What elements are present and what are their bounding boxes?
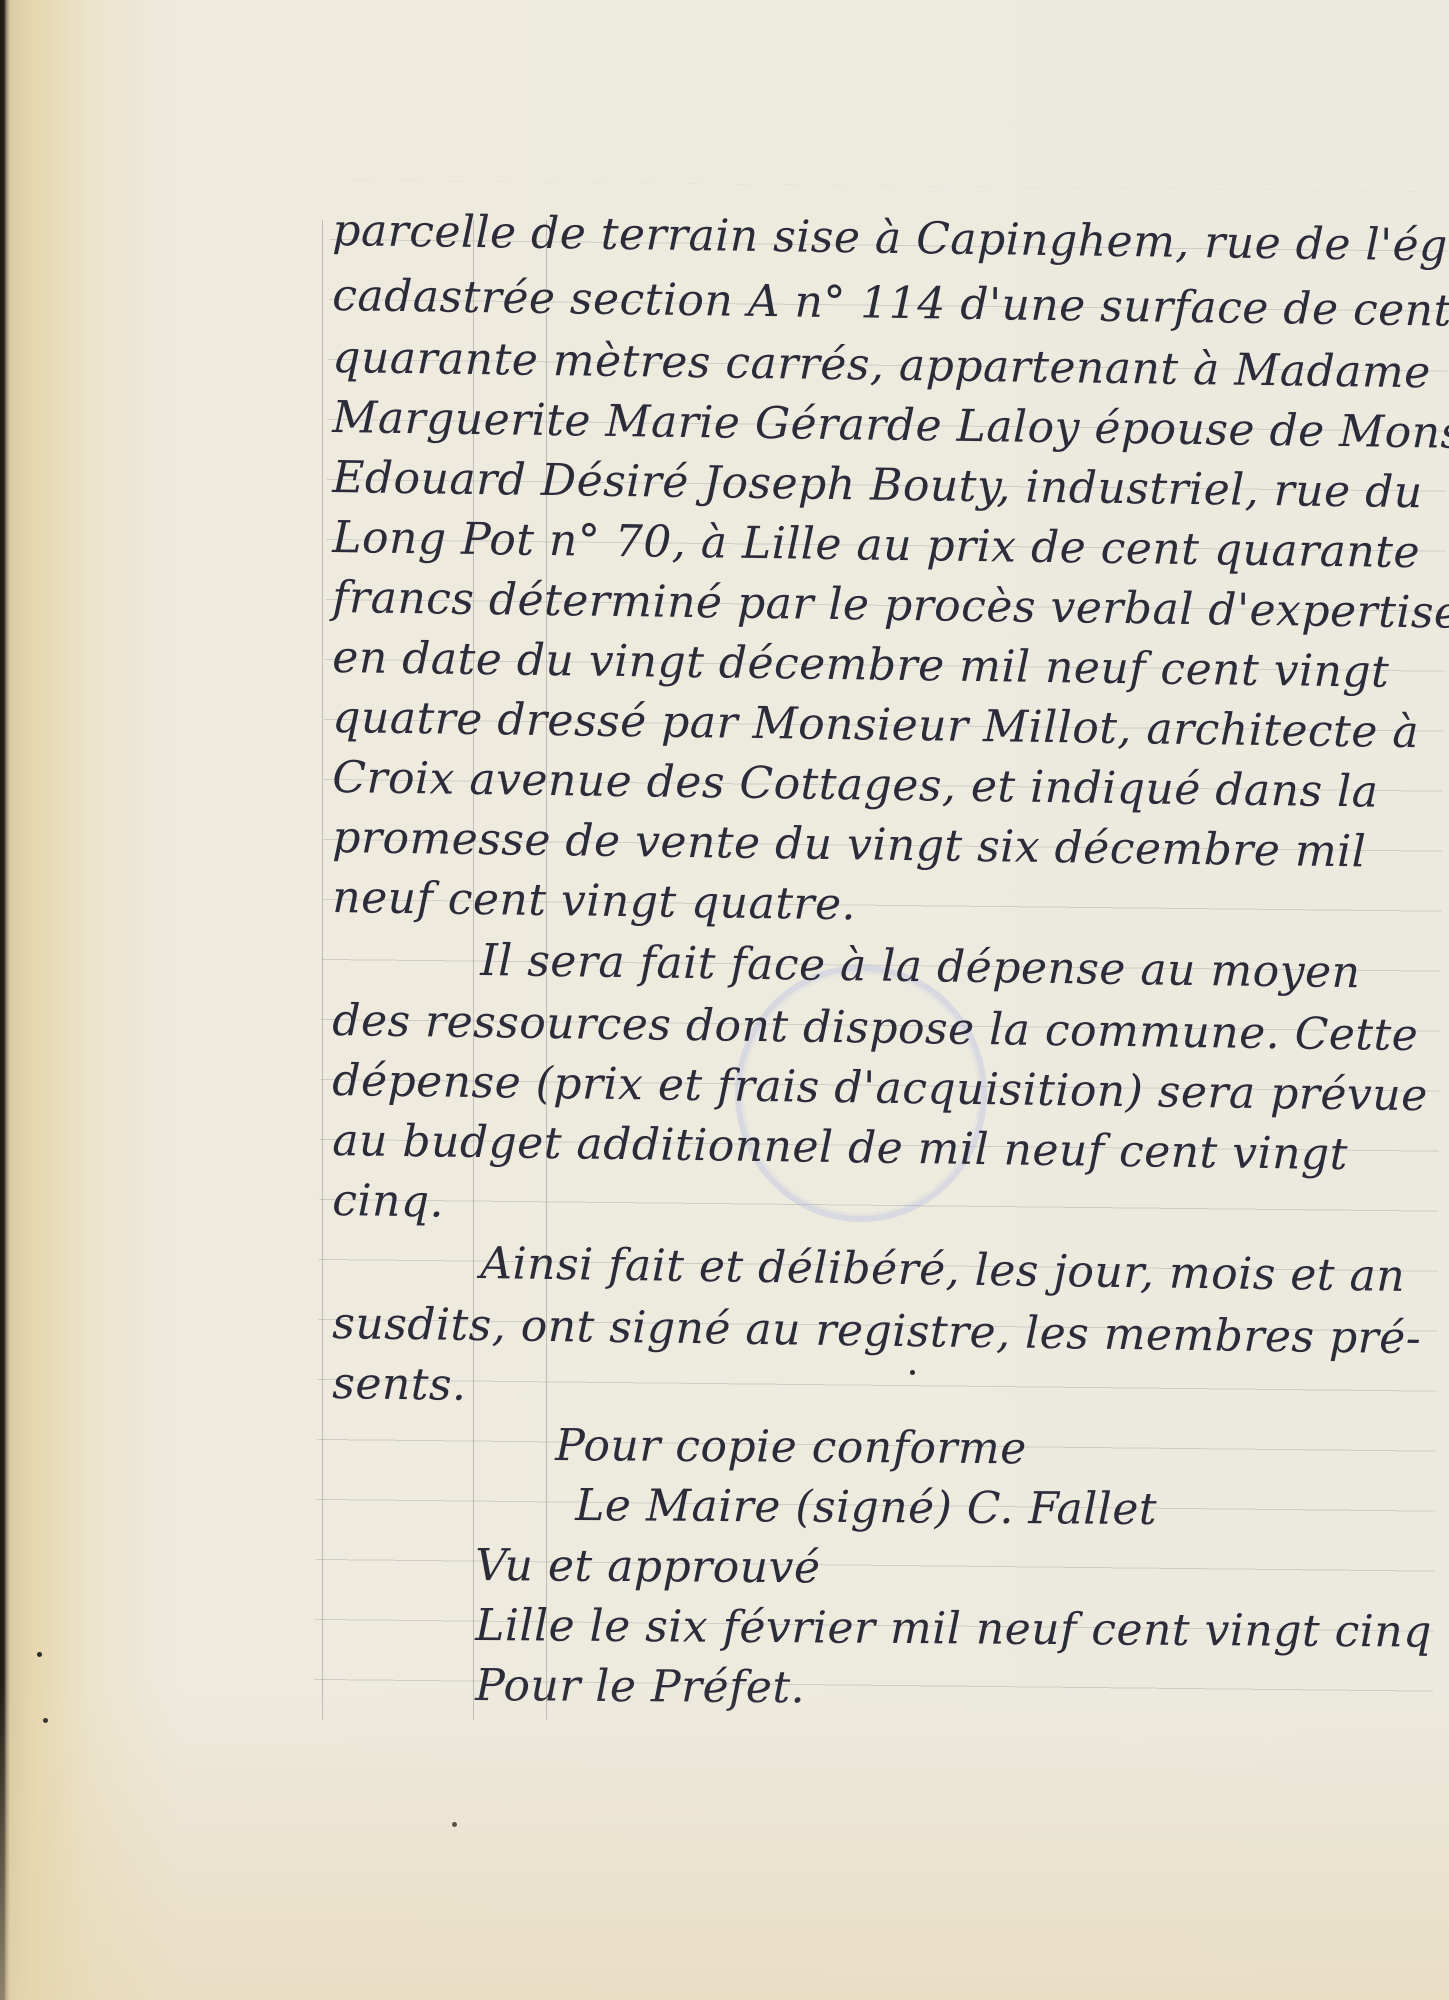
- mayor-signature-line: Le Maire (signé) C. Fallet: [575, 1480, 1157, 1535]
- approval-date-line: Lille le six février mil neuf cent vingt…: [475, 1600, 1432, 1658]
- ink-speck: [452, 1822, 457, 1827]
- ink-speck: [910, 1370, 915, 1375]
- ink-speck: [37, 1652, 42, 1657]
- text-line: cinq.: [332, 1175, 444, 1228]
- text-line: sents.: [332, 1358, 467, 1411]
- margin-line-outer: [322, 220, 323, 1720]
- register-page: parcelle de terrain sise à Capinghem, ru…: [0, 0, 1449, 2000]
- ink-speck: [43, 1718, 48, 1723]
- text-line: neuf cent vingt quatre.: [332, 872, 856, 930]
- approved-line: Vu et approuvé: [475, 1540, 821, 1593]
- margin-line-middle: [473, 220, 474, 1720]
- prefect-line: Pour le Préfet.: [475, 1660, 805, 1713]
- copy-conforme-line: Pour copie conforme: [555, 1420, 1027, 1474]
- binding-edge: [0, 0, 10, 2000]
